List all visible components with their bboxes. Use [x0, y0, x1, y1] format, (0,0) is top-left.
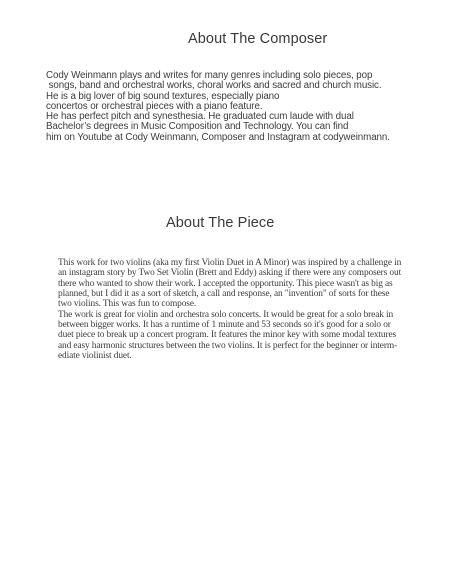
about-piece-title: About The Piece: [166, 215, 274, 232]
about-composer-paragraph: Cody Weinmann plays and writes for many …: [46, 71, 390, 143]
document-page: About The Composer Cody Weinmann plays a…: [0, 0, 450, 582]
about-composer-title: About The Composer: [188, 31, 327, 48]
about-piece-paragraph: This work for two violins (aka my first …: [58, 258, 401, 361]
